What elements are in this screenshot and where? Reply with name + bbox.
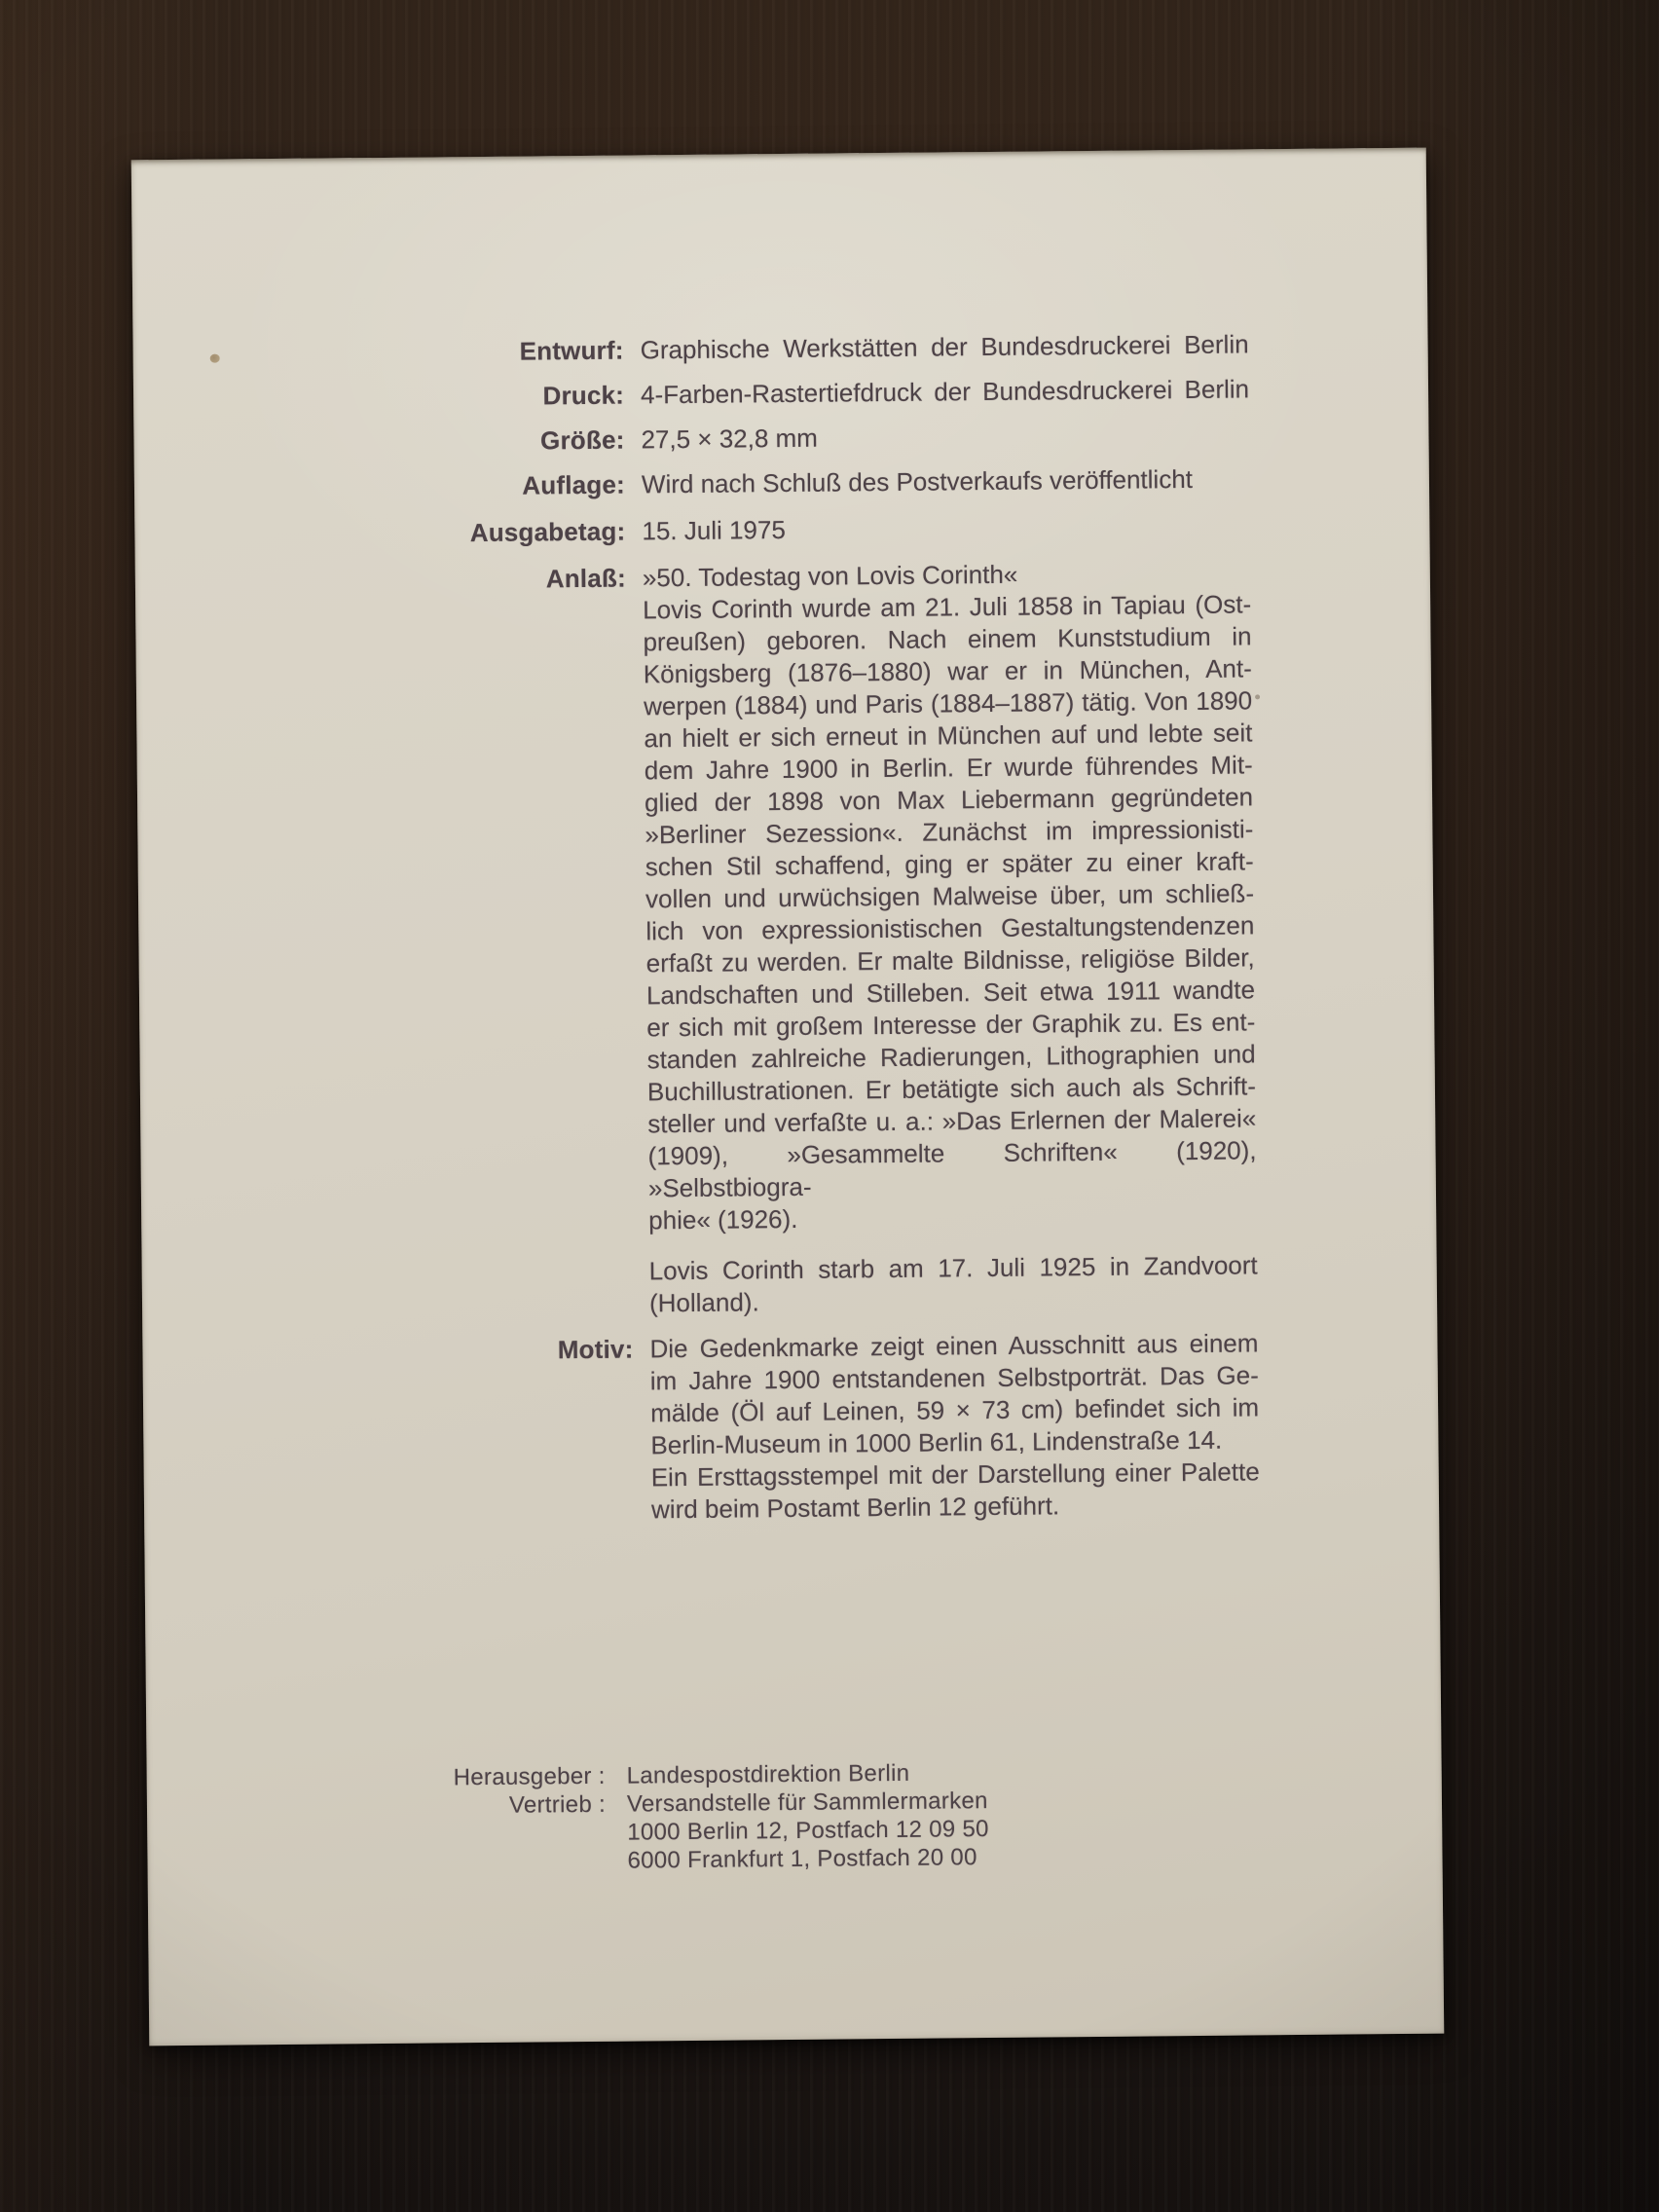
text-line: Graphische Werkstätten der Bundesdrucker… [640, 328, 1248, 366]
field-label: Anlaß: [135, 563, 626, 600]
text-line: 1000 Berlin 12, Postfach 12 09 50 [627, 1815, 989, 1847]
imprint-rows: Herausgeber :Landespostdirektion BerlinV… [147, 1754, 1443, 1880]
text-line: Landespostdirektion Berlin [627, 1759, 910, 1790]
text-line: Lovis Corinth starb am 17. Juli 1925 in … [649, 1249, 1258, 1286]
motiv-section: Motiv:Die Gedenkmarke zeigt einen Aussch… [142, 1326, 1439, 1531]
field-value: Graphische Werkstätten der Bundesdrucker… [640, 328, 1248, 366]
main-text-block: Entwurf:Graphische Werkstätten der Bunde… [133, 327, 1440, 1531]
field-label: Druck: [133, 380, 624, 417]
paragraph: Lovis Corinth starb am 17. Juli 1925 in … [649, 1249, 1259, 1318]
field-row: Auflage:Wird nach Schluß des Postverkauf… [134, 461, 1429, 506]
text-line: (Holland). [649, 1281, 1258, 1318]
photo-background: Entwurf:Graphische Werkstätten der Bunde… [0, 0, 1659, 2212]
field-label: Größe: [133, 424, 624, 461]
field-row: Anlaß:»50. Todestag von Lovis Corinth«Lo… [135, 555, 1437, 1324]
field-label: Herausgeber : [147, 1762, 606, 1795]
text-line: 27,5 × 32,8 mm [641, 418, 1249, 456]
text-line: Ein Ersttagsstempel mit der Darstellung … [651, 1456, 1260, 1493]
stamp-info-card: Entwurf:Graphische Werkstätten der Bunde… [131, 148, 1445, 2046]
field-label: Motiv: [142, 1334, 633, 1371]
field-value: Landespostdirektion Berlin [627, 1759, 910, 1790]
field-row: Größe:27,5 × 32,8 mm [133, 417, 1428, 461]
field-row: Entwurf:Graphische Werkstätten der Bunde… [133, 327, 1428, 372]
field-label: Ausgabetag: [134, 516, 625, 553]
text-line: 4-Farben-Rastertiefdruck der Bundesdruck… [641, 373, 1249, 411]
text-line: phie« (1926). [648, 1198, 1257, 1236]
field-row: Druck:4-Farben-Rastertiefdruck der Bunde… [133, 372, 1428, 417]
field-label: Entwurf: [133, 335, 624, 372]
field-value: Wird nach Schluß des Postverkaufs veröff… [642, 462, 1250, 500]
field-label: Auflage: [134, 469, 625, 506]
field-row: Vertrieb :Versandstelle für Sammlermarke… [147, 1783, 1443, 1880]
text-line: Versandstelle für Sammlermarken [627, 1787, 989, 1819]
field-row: Ausgabetag:15. Juli 1975 [134, 508, 1429, 553]
field-label: Vertrieb : [147, 1790, 606, 1824]
field-value: Die Gedenkmarke zeigt einen Ausschnitt a… [649, 1327, 1260, 1526]
text-line: 15. Juli 1975 [642, 509, 1250, 547]
field-value: Versandstelle für Sammlermarken1000 Berl… [627, 1787, 989, 1875]
field-value: 27,5 × 32,8 mm [641, 418, 1249, 456]
imprint-block: Herausgeber :Landespostdirektion BerlinV… [147, 1754, 1443, 1880]
field-value: 4-Farben-Rastertiefdruck der Bundesdruck… [641, 373, 1249, 411]
text-line: 6000 Frankfurt 1, Postfach 20 00 [627, 1843, 989, 1875]
field-value: 15. Juli 1975 [642, 509, 1250, 547]
anlass-section: Anlaß:»50. Todestag von Lovis Corinth«Lo… [135, 555, 1437, 1324]
text-line: wird beim Postamt Berlin 12 geführt. [651, 1488, 1260, 1526]
field-value: »50. Todestag von Lovis Corinth«Lovis Co… [643, 556, 1258, 1318]
info-rows: Entwurf:Graphische Werkstätten der Bunde… [133, 327, 1430, 553]
text-line: Wird nach Schluß des Postverkaufs veröff… [642, 462, 1250, 500]
field-row: Motiv:Die Gedenkmarke zeigt einen Aussch… [142, 1326, 1439, 1531]
text-line: (1909), »Gesammelte Schriften« (1920), »… [647, 1134, 1257, 1204]
